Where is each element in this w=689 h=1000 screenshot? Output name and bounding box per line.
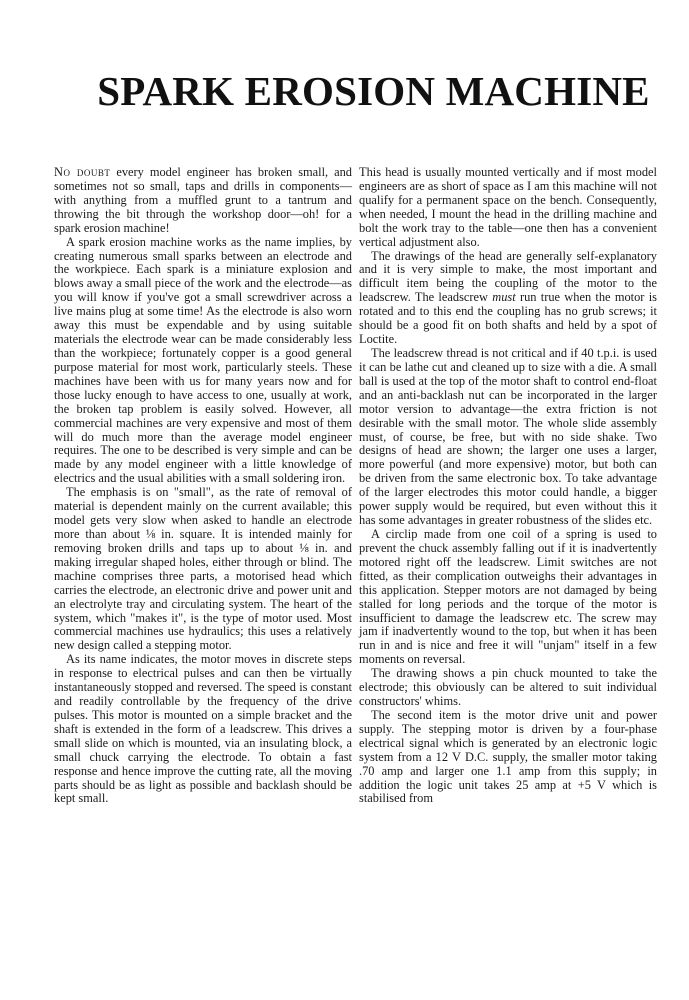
- paragraph-emphasis-small: The emphasis is on "small", as the rate …: [54, 486, 352, 653]
- article-title: SPARK EROSION MACHINE: [0, 66, 689, 116]
- left-column: No doubt every model engineer has broken…: [54, 166, 352, 806]
- lead-in-smallcaps: No doubt: [54, 165, 110, 179]
- article-page: SPARK EROSION MACHINE No doubt every mod…: [0, 0, 689, 1000]
- paragraph-intro: No doubt every model engineer has broken…: [54, 166, 352, 236]
- paragraph-circlip: A circlip made from one coil of a spring…: [359, 528, 657, 667]
- paragraph-drive-unit: The second item is the motor drive unit …: [359, 709, 657, 806]
- paragraph-leadscrew-thread: The leadscrew thread is not critical and…: [359, 347, 657, 528]
- paragraph-pin-chuck: The drawing shows a pin chuck mounted to…: [359, 667, 657, 709]
- paragraph-stepping-motor: As its name indicates, the motor moves i…: [54, 653, 352, 806]
- paragraph-head-mounting: This head is usually mounted vertically …: [359, 166, 657, 250]
- paragraph-how-it-works: A spark erosion machine works as the nam…: [54, 236, 352, 487]
- right-column: This head is usually mounted vertically …: [359, 166, 657, 806]
- emphasis-must: must: [492, 290, 515, 304]
- paragraph-drawings: The drawings of the head are generally s…: [359, 250, 657, 347]
